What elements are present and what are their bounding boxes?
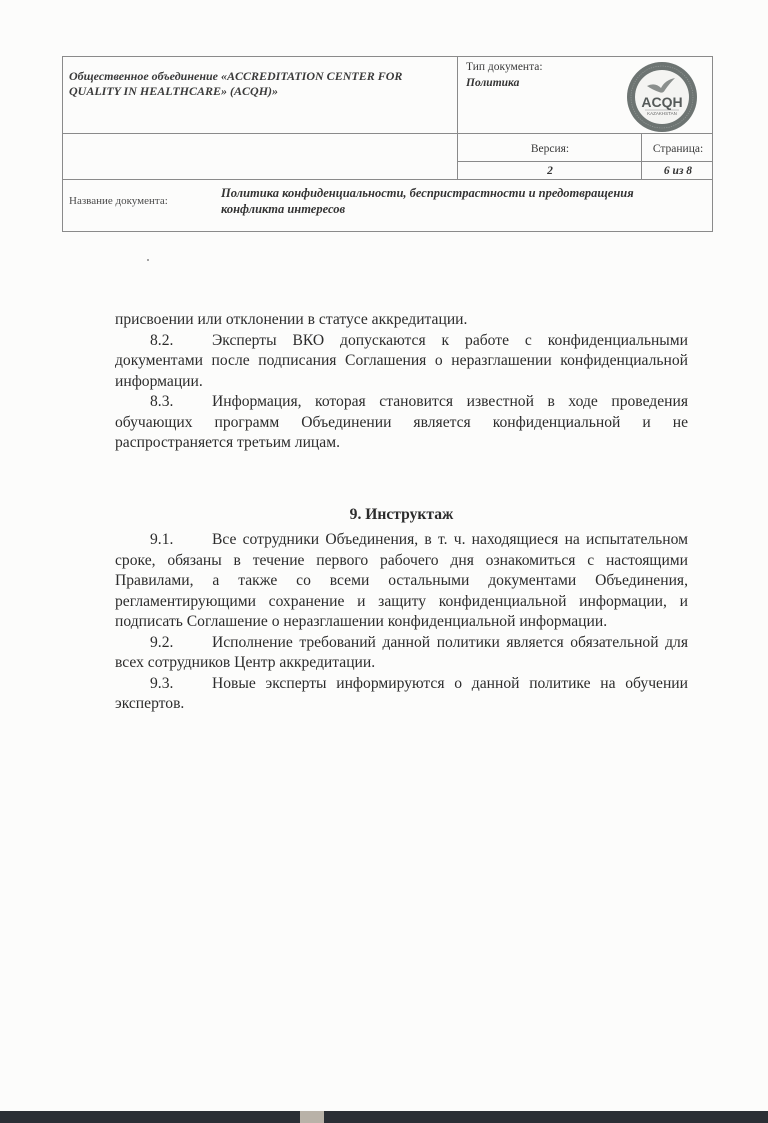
svg-text:ACQH: ACQH <box>641 94 682 110</box>
acqh-seal-logo-icon: ACQH KAZAKHSTAN <box>625 60 699 134</box>
paragraph-number: 9.2. <box>150 633 212 654</box>
document-page: Общественное объединение «ACCREDITATION … <box>0 0 768 1110</box>
version-value: 2 <box>458 165 642 177</box>
paragraph-8-2: 8.2.Эксперты ВКО допускаются к работе с … <box>115 331 688 393</box>
section-8-text: присвоении или отклонении в статусе аккр… <box>115 310 688 454</box>
paragraph-9-1: 9.1.Все сотрудники Объединения, в т. ч. … <box>115 530 688 633</box>
document-name-value: Политика конфиденциальности, беспристрас… <box>221 185 641 217</box>
row-divider <box>63 133 712 134</box>
section-9-heading: 9. Инструктаж <box>115 506 688 524</box>
document-header-table: Общественное объединение «ACCREDITATION … <box>62 56 713 232</box>
paragraph-9-2: 9.2.Исполнение требований данной политик… <box>115 633 688 674</box>
paragraph-9-3: 9.3.Новые эксперты информируются о данно… <box>115 674 688 715</box>
doc-type-value: Политика <box>466 77 519 89</box>
continuation-paragraph: присвоении или отклонении в статусе аккр… <box>115 310 688 331</box>
page-number-value: 6 из 8 <box>642 165 714 177</box>
page-label: Страница: <box>642 143 714 155</box>
paragraph-number: 9.1. <box>150 530 212 551</box>
document-name-label: Название документа: <box>69 195 168 207</box>
paragraph-8-3: 8.3.Информация, которая становится извес… <box>115 392 688 454</box>
section-9-text: 9.1.Все сотрудники Объединения, в т. ч. … <box>115 530 688 715</box>
paragraph-number: 8.3. <box>150 392 212 413</box>
doc-type-label: Тип документа: <box>466 61 543 73</box>
scan-speck <box>147 259 149 261</box>
organization-name: Общественное объединение «ACCREDITATION … <box>69 69 454 99</box>
paragraph-number: 9.3. <box>150 674 212 695</box>
scanner-bottom-edge <box>0 1111 768 1123</box>
version-label: Версия: <box>458 143 642 155</box>
svg-text:KAZAKHSTAN: KAZAKHSTAN <box>647 111 677 116</box>
row-divider <box>457 161 712 162</box>
row-divider <box>63 179 712 180</box>
paragraph-number: 8.2. <box>150 331 212 352</box>
scanner-edge-marker <box>300 1111 324 1123</box>
